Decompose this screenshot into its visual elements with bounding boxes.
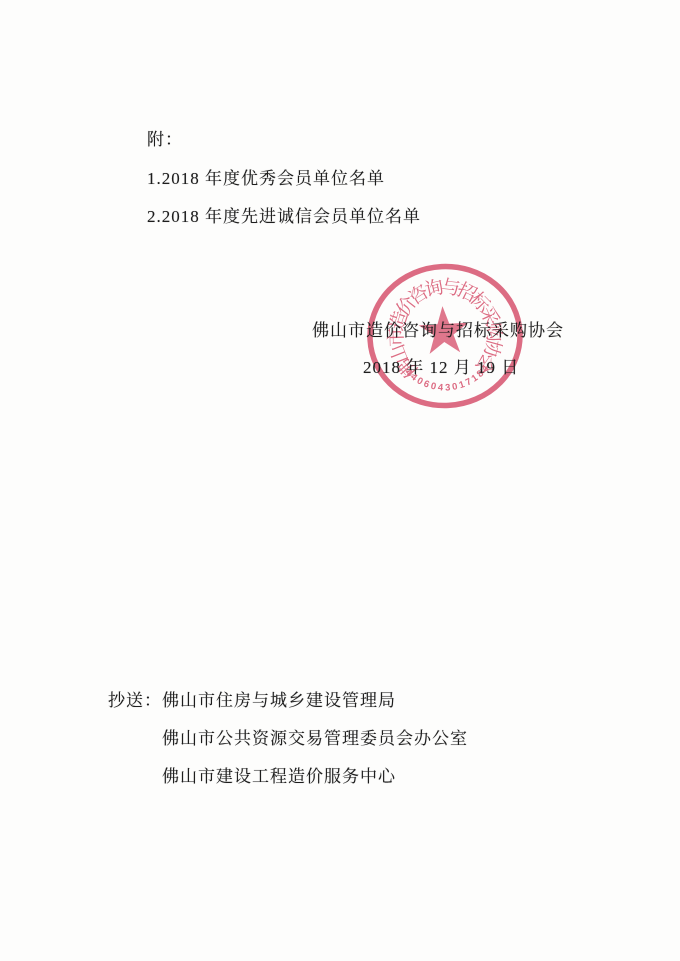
- cc-recipient-1: 佛山市住房与城乡建设管理局: [162, 691, 396, 710]
- cc-recipient-3: 佛山市建设工程造价服务中心: [162, 768, 396, 785]
- cc-label: 抄送：: [108, 691, 162, 710]
- svg-text:4: 4: [437, 382, 444, 393]
- signature-date: 2018 年 12 月 19 日: [363, 359, 519, 376]
- svg-text:3: 3: [445, 382, 451, 393]
- attachment-item-2: 2.2018 年度先进诚信会员单位名单: [147, 208, 421, 225]
- cc-row: 抄送：佛山市住房与城乡建设管理局: [108, 692, 396, 709]
- svg-text:0: 0: [430, 381, 438, 393]
- document-page: 附： 1.2018 年度优秀会员单位名单 2.2018 年度先进诚信会员单位名单…: [0, 0, 680, 961]
- signature-organization: 佛山市造价咨询与招标采购协会: [312, 322, 564, 339]
- attachment-heading: 附：: [147, 131, 183, 148]
- cc-recipient-2: 佛山市公共资源交易管理委员会办公室: [162, 730, 468, 747]
- attachment-item-1: 1.2018 年度优秀会员单位名单: [147, 170, 385, 187]
